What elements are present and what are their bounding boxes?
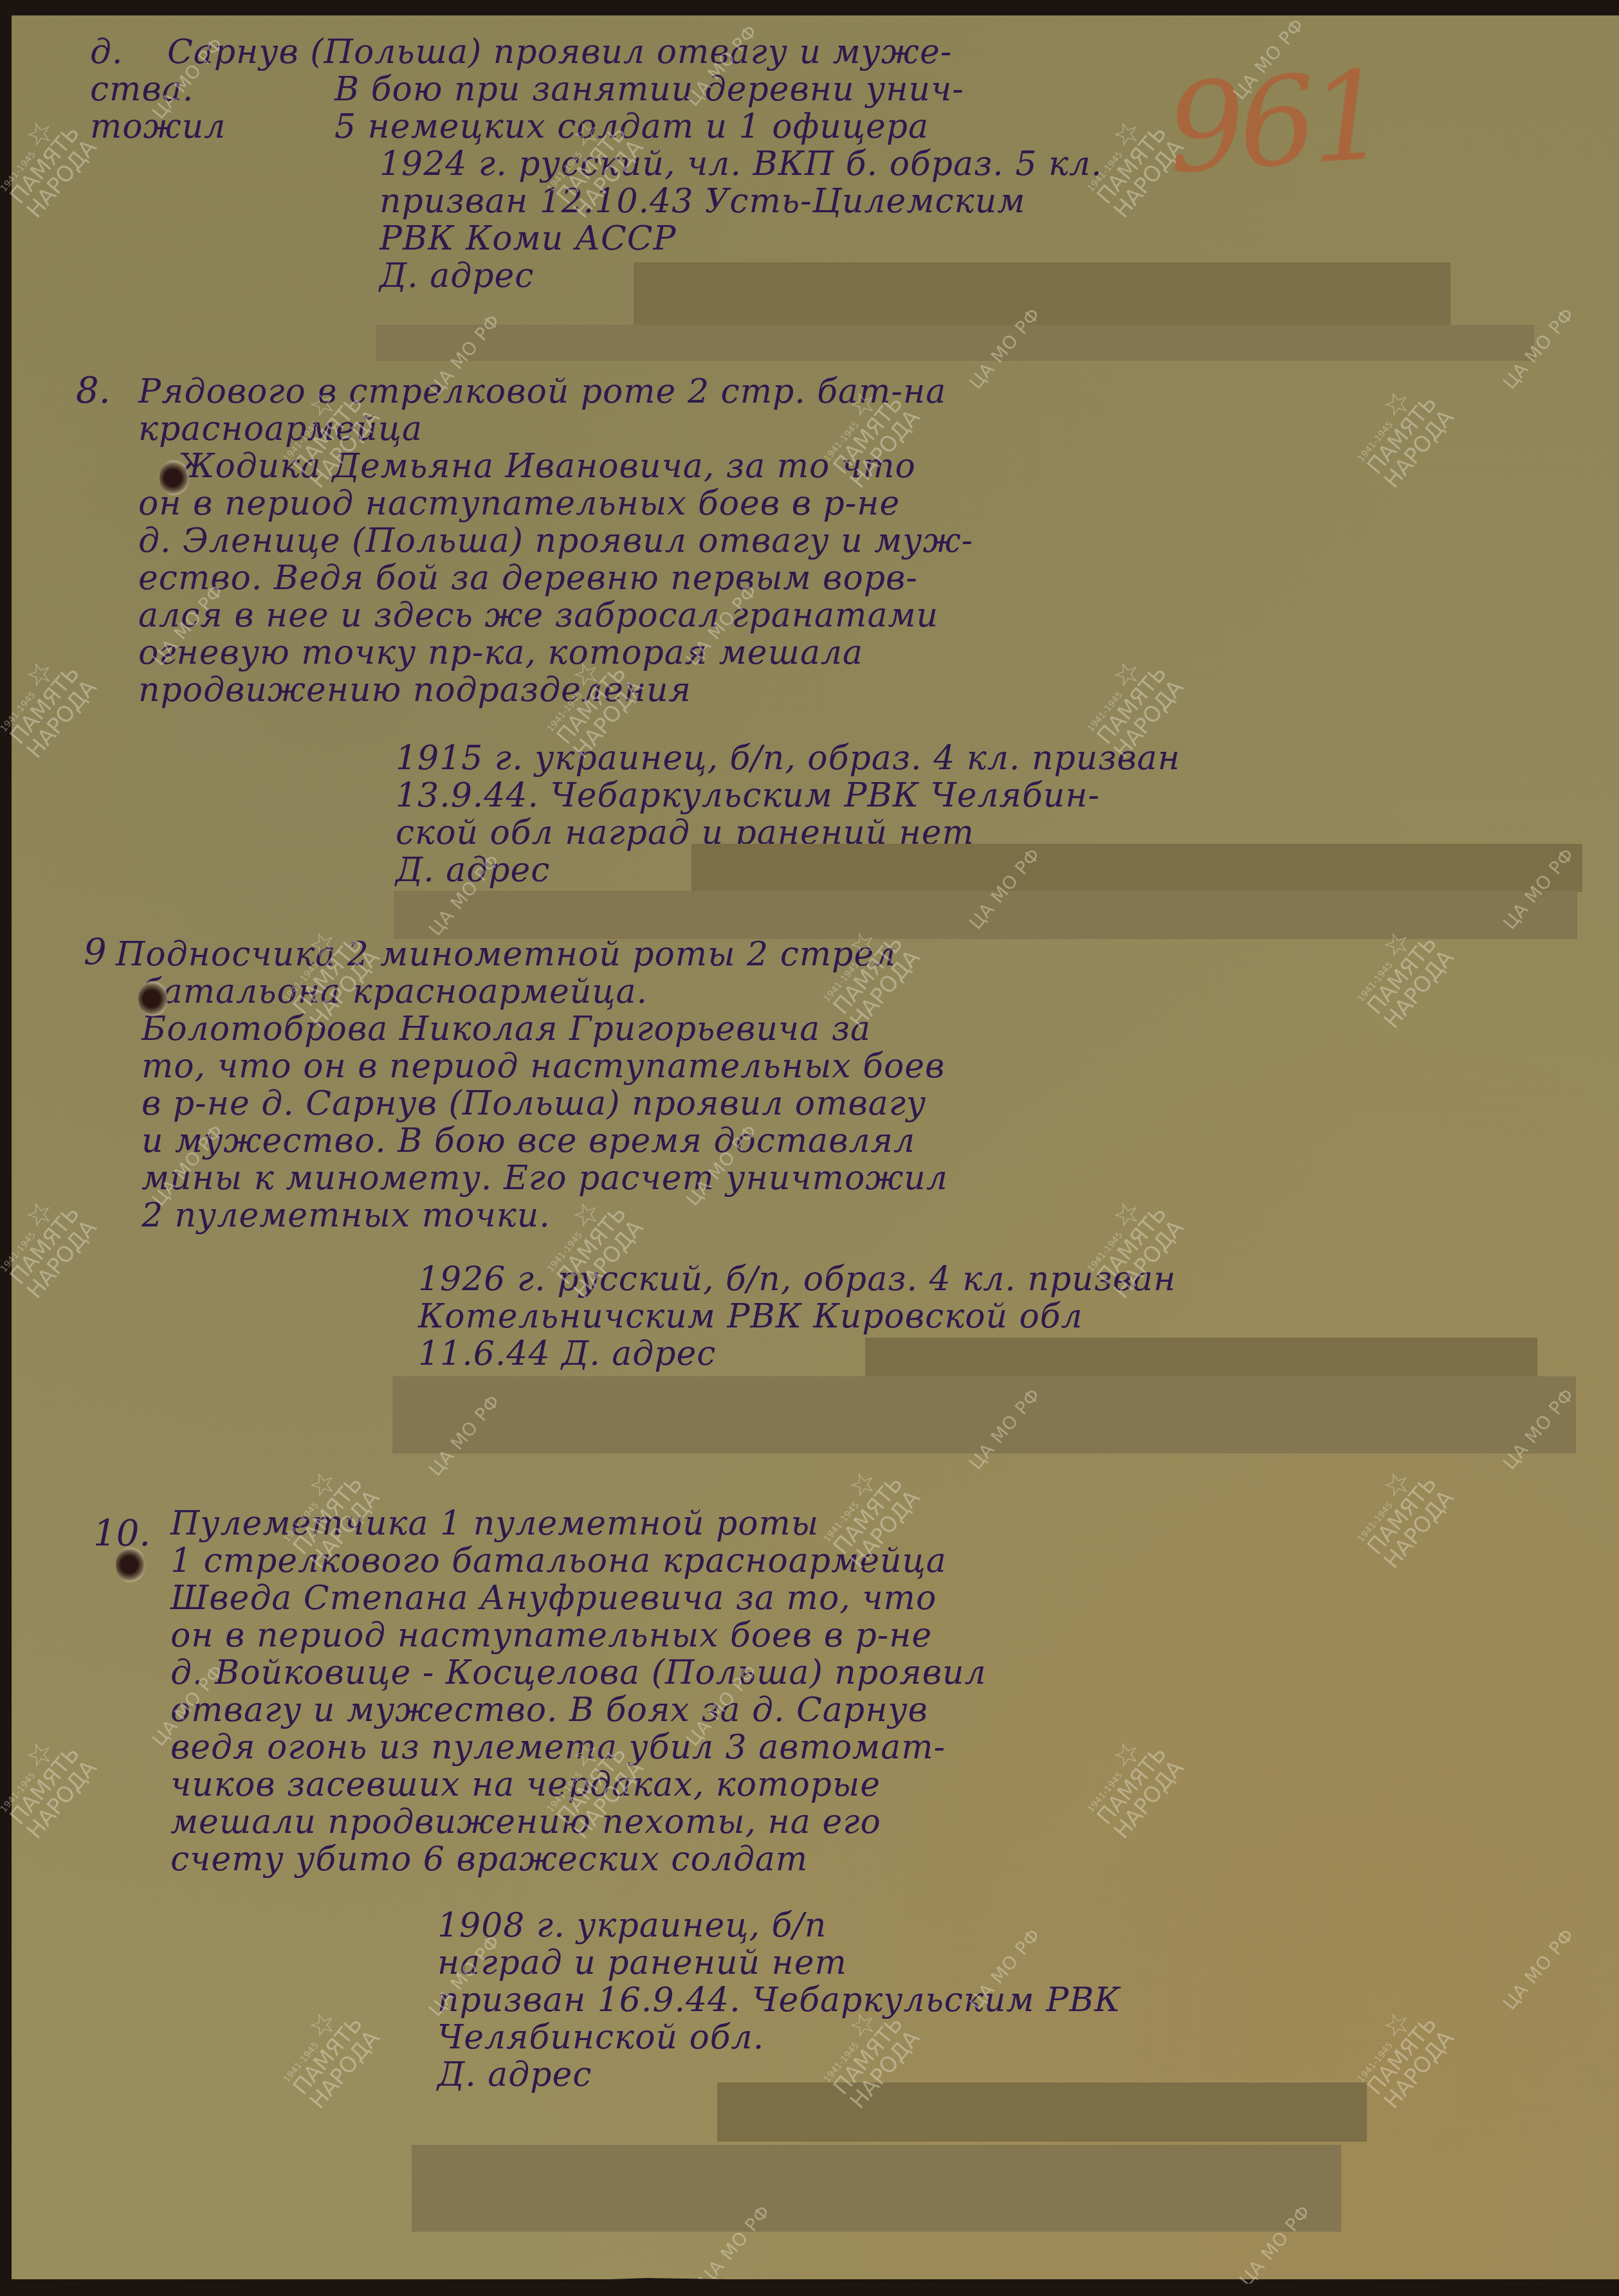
redaction-block — [412, 2145, 1341, 2232]
archive-stamp-number: 961 — [1163, 44, 1386, 201]
redaction-block — [392, 1376, 1576, 1453]
entry-7-text: Сарнув (Польша) проявил отвагу и муже- — [167, 33, 952, 71]
redaction-block — [634, 262, 1450, 327]
entry-9-text: Подносчика 2 минометной роты 2 стрел бат… — [116, 936, 948, 1234]
entry-number: 9 — [84, 931, 107, 973]
redaction-block — [865, 1338, 1537, 1378]
entry-10-text: Пулеметчика 1 пулеметной роты 1 стрелков… — [170, 1505, 987, 1878]
binding-hole — [160, 460, 189, 496]
entry-number: 8. — [76, 370, 110, 412]
entry-10-details: 1908 г. украинец, б/п наград и ранений н… — [437, 1907, 1121, 2093]
redaction-block — [717, 2082, 1367, 2142]
entry-8-text: Рядового в стрелковой роте 2 стр. бат-на… — [138, 373, 973, 709]
redaction-block — [376, 325, 1534, 361]
redaction-block — [394, 891, 1577, 939]
binding-hole — [138, 981, 168, 1017]
binding-hole — [116, 1547, 145, 1583]
redaction-block — [691, 844, 1582, 892]
entry-number: 10. — [93, 1513, 151, 1554]
entry-7-text-body: В бою при занятии деревни унич- 5 немецк… — [334, 71, 964, 145]
